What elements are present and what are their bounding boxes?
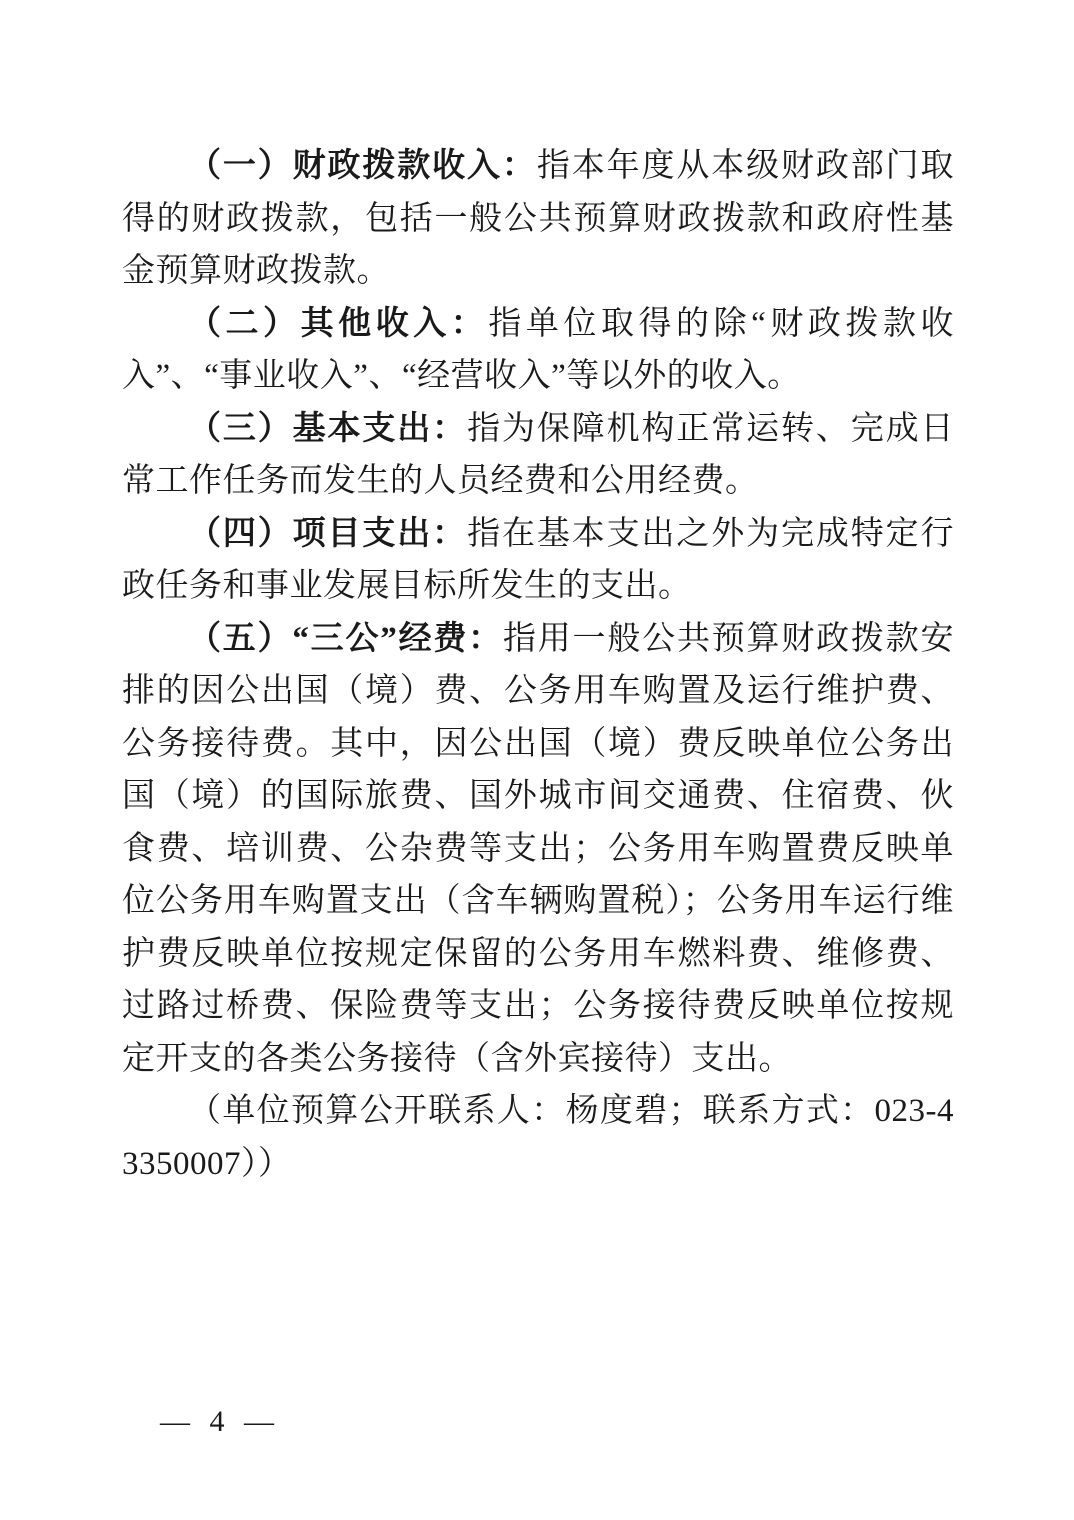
paragraph: （二）其他收入：指单位取得的除“财政拨款收入”、“事业收入”、“经营收入”等以外… xyxy=(122,298,954,403)
paragraph: （五）“三公”经费：指用一般公共预算财政拨款安排的因公出国（境）费、公务用车购置… xyxy=(122,613,954,1086)
paragraph: （一）财政拨款收入：指本年度从本级财政部门取得的财政拨款，包括一般公共预算财政拨… xyxy=(122,140,954,298)
paragraph-label: （三）基本支出： xyxy=(188,411,467,447)
paragraph-label: （二）其他收入： xyxy=(188,306,488,342)
page-number: — 4 — xyxy=(160,1405,280,1439)
document-body: （一）财政拨款收入：指本年度从本级财政部门取得的财政拨款，包括一般公共预算财政拨… xyxy=(122,140,954,1190)
paragraph-text: 指用一般公共预算财政拨款安排的因公出国（境）费、公务用车购置及运行维护费、公务接… xyxy=(122,621,954,1077)
paragraph-label: （一）财政拨款收入： xyxy=(188,148,537,184)
paragraph-text: （单位预算公开联系人：杨度碧；联系方式：023-43350007）） xyxy=(122,1093,954,1182)
paragraph-label: （五）“三公”经费： xyxy=(188,621,503,657)
paragraph: （四）项目支出：指在基本支出之外为完成特定行政任务和事业发展目标所发生的支出。 xyxy=(122,508,954,613)
paragraph: （单位预算公开联系人：杨度碧；联系方式：023-43350007）） xyxy=(122,1085,954,1190)
paragraph: （三）基本支出：指为保障机构正常运转、完成日常工作任务而发生的人员经费和公用经费… xyxy=(122,403,954,508)
paragraph-label: （四）项目支出： xyxy=(188,516,467,552)
document-page: （一）财政拨款收入：指本年度从本级财政部门取得的财政拨款，包括一般公共预算财政拨… xyxy=(0,0,1074,1520)
